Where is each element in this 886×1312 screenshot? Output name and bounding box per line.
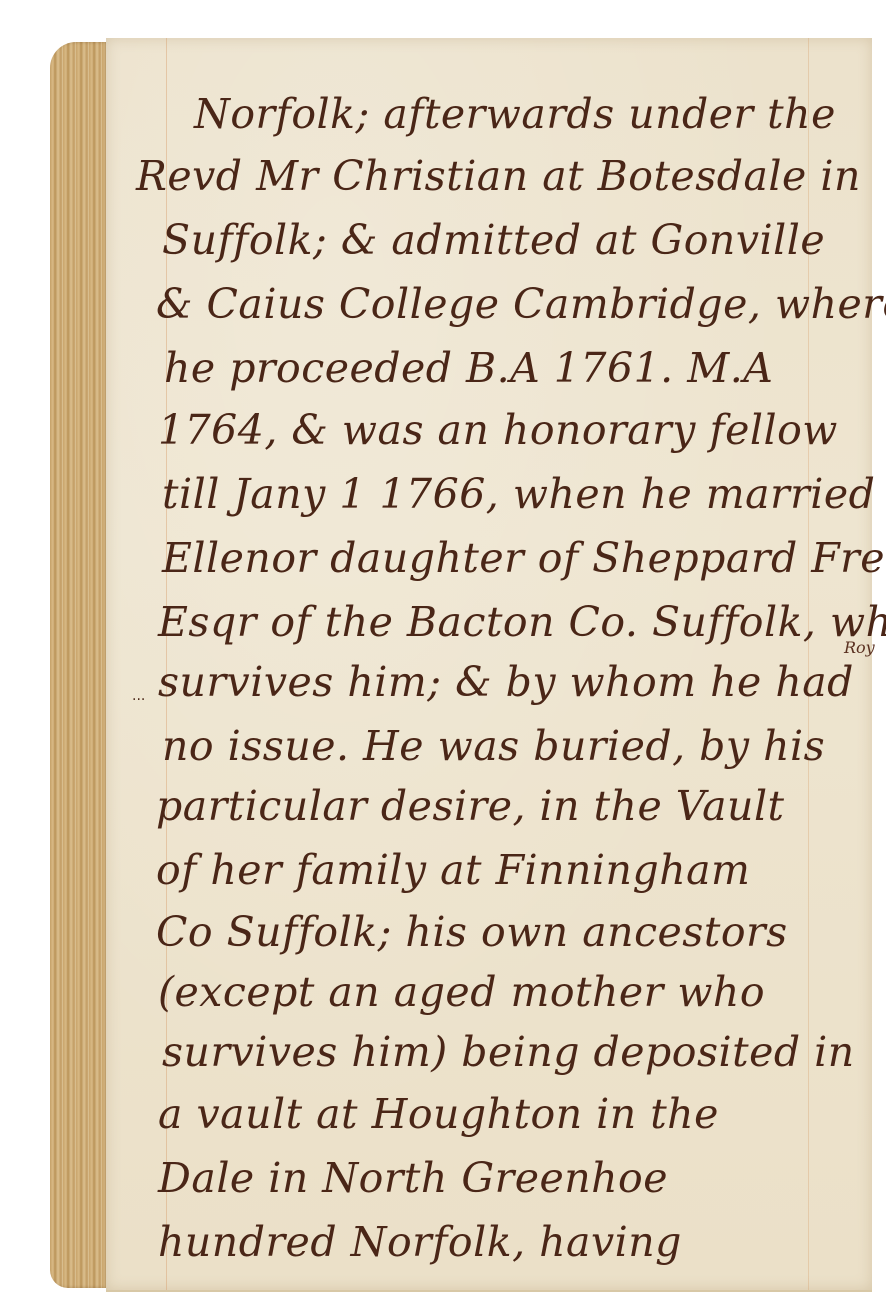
book: Norfolk; afterwards under the Revd Mr Ch…	[50, 38, 884, 1292]
text-line: (except an aged mother who	[158, 972, 765, 1013]
text-line: Co Suffolk; his own ancestors	[156, 912, 788, 953]
text-line: survives him; & by whom he had	[158, 662, 854, 703]
text-line: Dale in North Greenhoe	[158, 1158, 668, 1199]
text-line: Norfolk; afterwards under the	[194, 94, 836, 135]
text-line: Revd Mr Christian at Botesdale in	[136, 156, 861, 197]
text-line: till Jany 1 1766, when he married	[162, 474, 875, 515]
text-line: a vault at Houghton in the	[158, 1094, 719, 1135]
text-line: of her family at Finningham	[156, 850, 750, 891]
text-line: survives him) being deposited in	[162, 1032, 855, 1073]
text-line: & Caius College Cambridge, where	[156, 284, 886, 325]
margin-note: Roy	[844, 640, 875, 656]
text-line: Esqr of the Bacton Co. Suffolk, who	[158, 602, 886, 643]
text-line: he proceeded B.A 1761. M.A	[164, 348, 773, 389]
text-line: no issue. He was buried, by his	[162, 726, 825, 767]
manuscript-page: Norfolk; afterwards under the Revd Mr Ch…	[106, 38, 872, 1292]
text-line: 1764, & was an honorary fellow	[158, 410, 838, 451]
page-fore-edge	[50, 42, 108, 1288]
text-line: particular desire, in the Vault	[156, 786, 785, 827]
margin-ellipsis-mark: ...	[132, 688, 145, 704]
text-line: Ellenor daughter of Sheppard Frere	[162, 538, 886, 579]
text-line: Suffolk; & admitted at Gonville	[162, 220, 825, 261]
text-line: hundred Norfolk, having	[158, 1222, 682, 1263]
